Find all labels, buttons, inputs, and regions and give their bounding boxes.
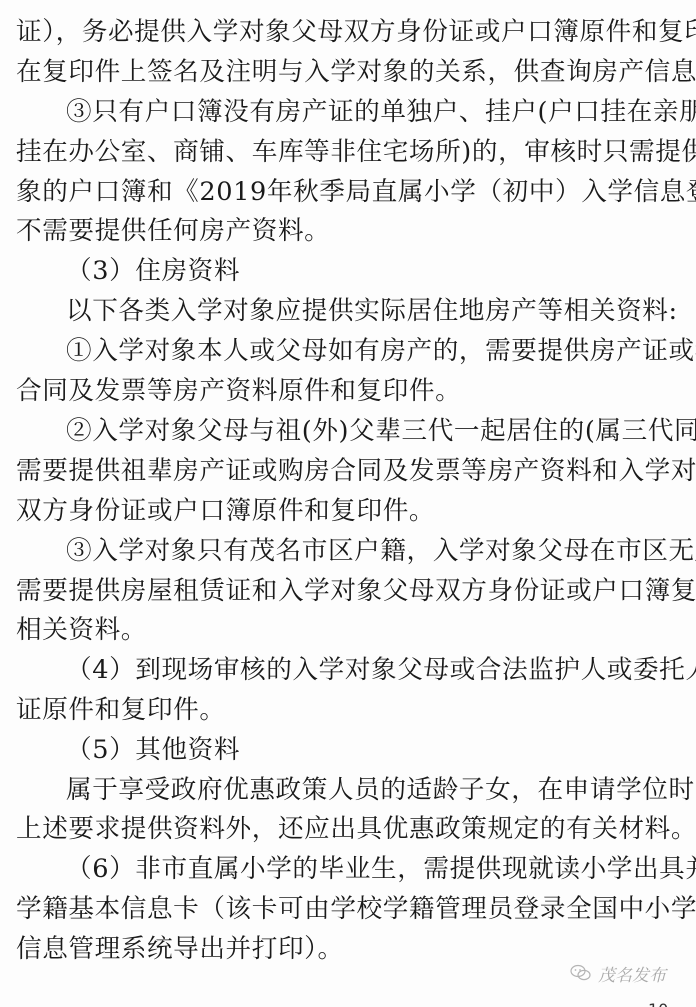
text-line-18: 证原件和复印件。 [16,690,688,730]
wechat-icon [570,964,592,982]
text-line-4: 挂在办公室、商铺、车库等非住宅场所)的，审核时只需提供入学对 [16,132,688,172]
text-line-6: 不需要提供任何房产资料。 [16,211,688,251]
watermark: 茂名发布 [570,960,666,986]
page-number: 10 [648,998,678,1007]
section-heading-other: （5）其他资料 [66,730,688,770]
text-line-16: 相关资料。 [16,610,688,650]
text-line-13: 双方身份证或户口簿原件和复印件。 [16,491,688,531]
item-3-no-property-household: ③只有户口簿没有房产证的单独户、挂户(户口挂在亲朋处或空 [66,92,688,132]
housing-intro: 以下各类入学对象应提供实际居住地房产等相关资料: [66,291,688,331]
section-heading-housing: （3）住房资料 [66,251,688,291]
housing-item-2: ②入学对象父母与祖(外)父辈三代一起居住的(属三代同堂)， [66,411,688,451]
text-line-5: 象的户口簿和《2019年秋季局直属小学（初中）入学信息登记表》， [16,172,688,212]
watermark-text: 茂名发布 [598,961,666,986]
section-4-id-documents: （4）到现场审核的入学对象父母或合法监护人或委托人的身份 [66,650,688,690]
housing-item-1: ①入学对象本人或父母如有房产的，需要提供房产证或者购房 [66,331,688,371]
document-page: 证），务必提供入学对象父母双方身份证或户口簿原件和复印件（并 在复印件上签名及注… [0,0,696,1007]
housing-item-3: ③入学对象只有茂名市区户籍，入学对象父母在市区无房产的， [66,531,688,571]
text-line-21: 上述要求提供资料外，还应出具优惠政策规定的有关材料。 [16,809,688,849]
other-materials-text: 属于享受政府优惠政策人员的适龄子女，在申请学位时除应按 [66,770,688,810]
text-line-23: 学籍基本信息卡（该卡可由学校学籍管理员登录全国中小学生学籍 [16,889,688,929]
text-line-15: 需要提供房屋租赁证和入学对象父母双方身份证或户口簿复印件等 [16,571,688,611]
text-line-1: 证），务必提供入学对象父母双方身份证或户口簿原件和复印件（并 [16,12,688,52]
text-line-2: 在复印件上签名及注明与入学对象的关系，供查询房产信息用）。 [16,52,688,92]
section-6-non-direct-schools: （6）非市直属小学的毕业生，需提供现就读小学出具并盖章的 [66,849,688,889]
text-line-10: 合同及发票等房产资料原件和复印件。 [16,371,688,411]
text-line-12: 需要提供祖辈房产证或购房合同及发票等房产资料和入学对象父母 [16,451,688,491]
